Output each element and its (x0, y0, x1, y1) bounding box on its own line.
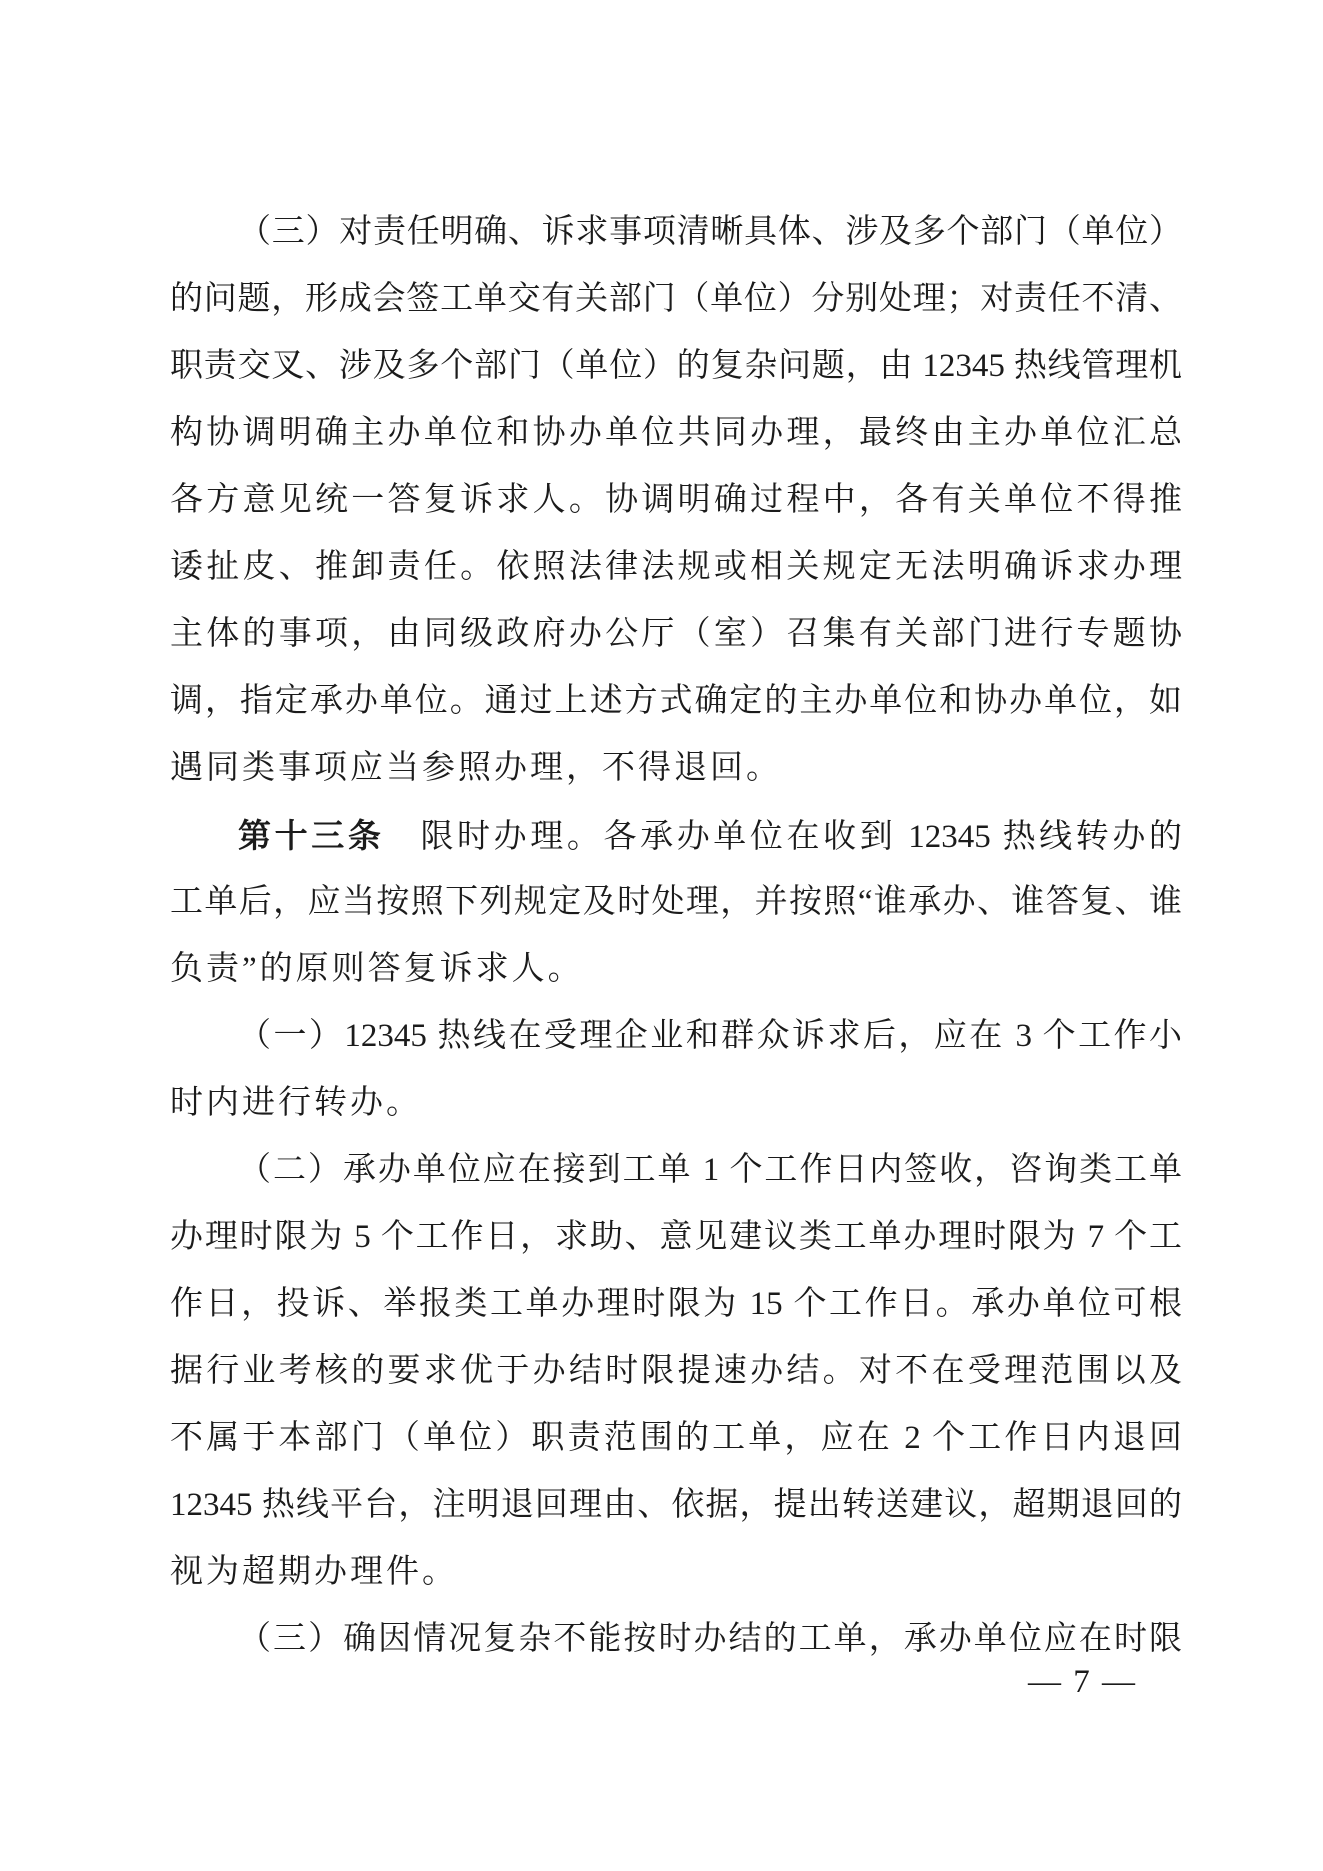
paragraph-line: （三）对责任明确、诉求事项清晰具体、涉及多个部门（单位） (170, 199, 1182, 266)
paragraph-line: 构协调明确主办单位和协办单位共同办理，最终由主办单位汇总 (170, 400, 1182, 467)
article-number: 第十三条 (238, 817, 384, 854)
paragraph-line: 时内进行转办。 (170, 1070, 1182, 1137)
paragraph-line: 遇同类事项应当参照办理，不得退回。 (170, 735, 1182, 802)
paragraph-line: 工单后，应当按照下列规定及时处理，并按照“谁承办、谁答复、谁 (170, 869, 1182, 936)
paragraph-line: 诿扯皮、推卸责任。依照法律法规或相关规定无法明确诉求办理 (170, 534, 1182, 601)
paragraph-line: 职责交叉、涉及多个部门（单位）的复杂问题，由 12345 热线管理机 (170, 333, 1182, 400)
paragraph-line: 视为超期办理件。 (170, 1539, 1182, 1606)
paragraph-line: 12345 热线平台，注明退回理由、依据，提出转送建议，超期退回的 (170, 1472, 1182, 1539)
paragraph-line: （二）承办单位应在接到工单 1 个工作日内签收，咨询类工单 (170, 1137, 1182, 1204)
paragraph-line: 办理时限为 5 个工作日，求助、意见建议类工单办理时限为 7 个工 (170, 1204, 1182, 1271)
paragraph-line: 作日，投诉、举报类工单办理时限为 15 个工作日。承办单位可根 (170, 1271, 1182, 1338)
page-number: — 7 — (1028, 1660, 1137, 1704)
article-text: 限时办理。各承办单位在收到 12345 热线转办的 (420, 819, 1182, 855)
paragraph-line: 调，指定承办单位。通过上述方式确定的主办单位和协办单位，如 (170, 668, 1182, 735)
paragraph-line: 不属于本部门（单位）职责范围的工单，应在 2 个工作日内退回 (170, 1405, 1182, 1472)
paragraph-line: 各方意见统一答复诉求人。协调明确过程中，各有关单位不得推 (170, 467, 1182, 534)
paragraph-line: 主体的事项，由同级政府办公厅（室）召集有关部门进行专题协 (170, 601, 1182, 668)
document-page: （三）对责任明确、诉求事项清晰具体、涉及多个部门（单位） 的问题，形成会签工单交… (0, 0, 1323, 1871)
paragraph-line: 据行业考核的要求优于办结时限提速办结。对不在受理范围以及 (170, 1338, 1182, 1405)
paragraph-line: 的问题，形成会签工单交有关部门（单位）分别处理；对责任不清、 (170, 266, 1182, 333)
paragraph-line: 负责”的原则答复诉求人。 (170, 936, 1182, 1003)
paragraph-line: 第十三条限时办理。各承办单位在收到 12345 热线转办的 (170, 802, 1182, 869)
paragraph-line: （一）12345 热线在受理企业和群众诉求后，应在 3 个工作小 (170, 1003, 1182, 1070)
document-body: （三）对责任明确、诉求事项清晰具体、涉及多个部门（单位） 的问题，形成会签工单交… (170, 199, 1182, 1673)
